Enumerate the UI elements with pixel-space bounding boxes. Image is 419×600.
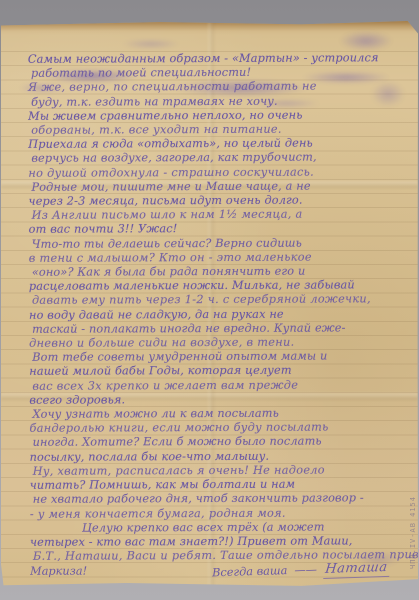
ink-smudge xyxy=(121,39,181,49)
letter-line: не хватало рабочего дня, чтоб закончить … xyxy=(33,491,396,507)
letter-line: Что-то ты делаешь сейчас? Верно сидишь xyxy=(32,236,395,252)
valediction-group: Всегда ваша —— Наташа xyxy=(212,561,391,583)
letter-line: четырех - кто вас там знает?!) Привет от… xyxy=(30,534,396,550)
letter-line: нашей милой бабы Годы, которая целует xyxy=(29,364,395,380)
letter-line: через 2-3 месяца, письма идут очень долг… xyxy=(28,193,394,209)
signature: Наташа xyxy=(323,561,391,579)
letter-line: «оно»? Как я была бы рада понянчить его … xyxy=(32,264,395,280)
letter-body: Самым неожиданным образом - «Мартын» - у… xyxy=(28,51,396,581)
letter-line: вас всех 3х крепко и желает вам прежде xyxy=(32,378,395,394)
letter-line: буду, т.к. ездить на трамваях не хочу. xyxy=(31,94,394,110)
letter-line: Хочу узнать можно ли к вам посылать xyxy=(32,406,395,422)
archive-inventory-mark: ЧПО.IV-АВ 4154 xyxy=(409,496,417,569)
letter-line: но воду давай не сладкую, да на руках не xyxy=(29,307,395,323)
letter-line: - у меня кончается бумага, родная моя. xyxy=(30,506,396,522)
letter-line: Целую крепко вас всех трёх (а может xyxy=(82,520,396,536)
letter-line: Ну, хватит, расписалась я очень! Не надо… xyxy=(33,463,396,479)
letter-line: Мы живем сравнительно неплохо, но очень xyxy=(28,108,394,124)
valediction: Всегда ваша xyxy=(212,564,288,580)
paper-top-edge xyxy=(1,21,418,31)
letter-line: работать по моей специальности! xyxy=(31,65,394,81)
letter-line: Родные мои, пишите мне и Маше чаще, а не xyxy=(31,179,394,195)
letter-line: Я же, верно, по специальности работать н… xyxy=(28,80,394,96)
letter-line: всего здоровья. xyxy=(29,392,395,408)
letter-line: дневно и больше сиди на воздухе, в тени. xyxy=(29,335,395,351)
letter-line: Вот тебе советы умудренной опытом мамы и xyxy=(32,349,395,365)
letter-line: Приехала я сюда «отдыхать», но целый ден… xyxy=(28,136,394,152)
letter-line: расцеловать маленькие ножки. Милька, не … xyxy=(29,278,395,294)
closing-left: Маркиза! xyxy=(30,565,87,579)
letter-line: бандеролью книги, если можно буду посыла… xyxy=(29,420,395,436)
photo-backdrop: Самым неожиданным образом - «Мартын» - у… xyxy=(0,0,419,600)
letter-line: верчусь на воздухе, загорела, как трубоч… xyxy=(31,151,394,167)
letter-paper: Самым неожиданным образом - «Мартын» - у… xyxy=(1,21,418,587)
letter-line: от вас почти 3!! Ужас! xyxy=(29,222,395,238)
letter-line: иногда. Хотите? Если б можно было послат… xyxy=(33,435,396,451)
letter-line: в тени с малышом? Кто он - это маленькое xyxy=(29,250,395,266)
letter-line: оборваны, т.к. все уходит на питание. xyxy=(31,122,394,138)
closing-line: Маркиза! Всегда ваша —— Наташа xyxy=(30,564,396,582)
letter-line: Самым неожиданным образом - «Мартын» - у… xyxy=(28,51,394,67)
closing-dash: —— xyxy=(294,563,317,578)
letter-line: читать? Помнишь, как мы болтали и нам xyxy=(30,477,396,493)
letter-lines: Самым неожиданным образом - «Мартын» - у… xyxy=(28,51,396,564)
ink-smudge xyxy=(339,31,393,51)
letter-line: но душой отдохнула - страшно соскучилась… xyxy=(28,165,394,181)
letter-line: Из Англии письмо шло к нам 1½ месяца, а xyxy=(32,207,395,223)
letter-line: посылку, послала бы кое-что малышу. xyxy=(30,449,396,465)
letter-line: таскай - поплакать иногда не вредно. Куп… xyxy=(32,321,395,337)
letter-line: давать ему пить через 1-2 ч. с серебряно… xyxy=(32,293,395,309)
